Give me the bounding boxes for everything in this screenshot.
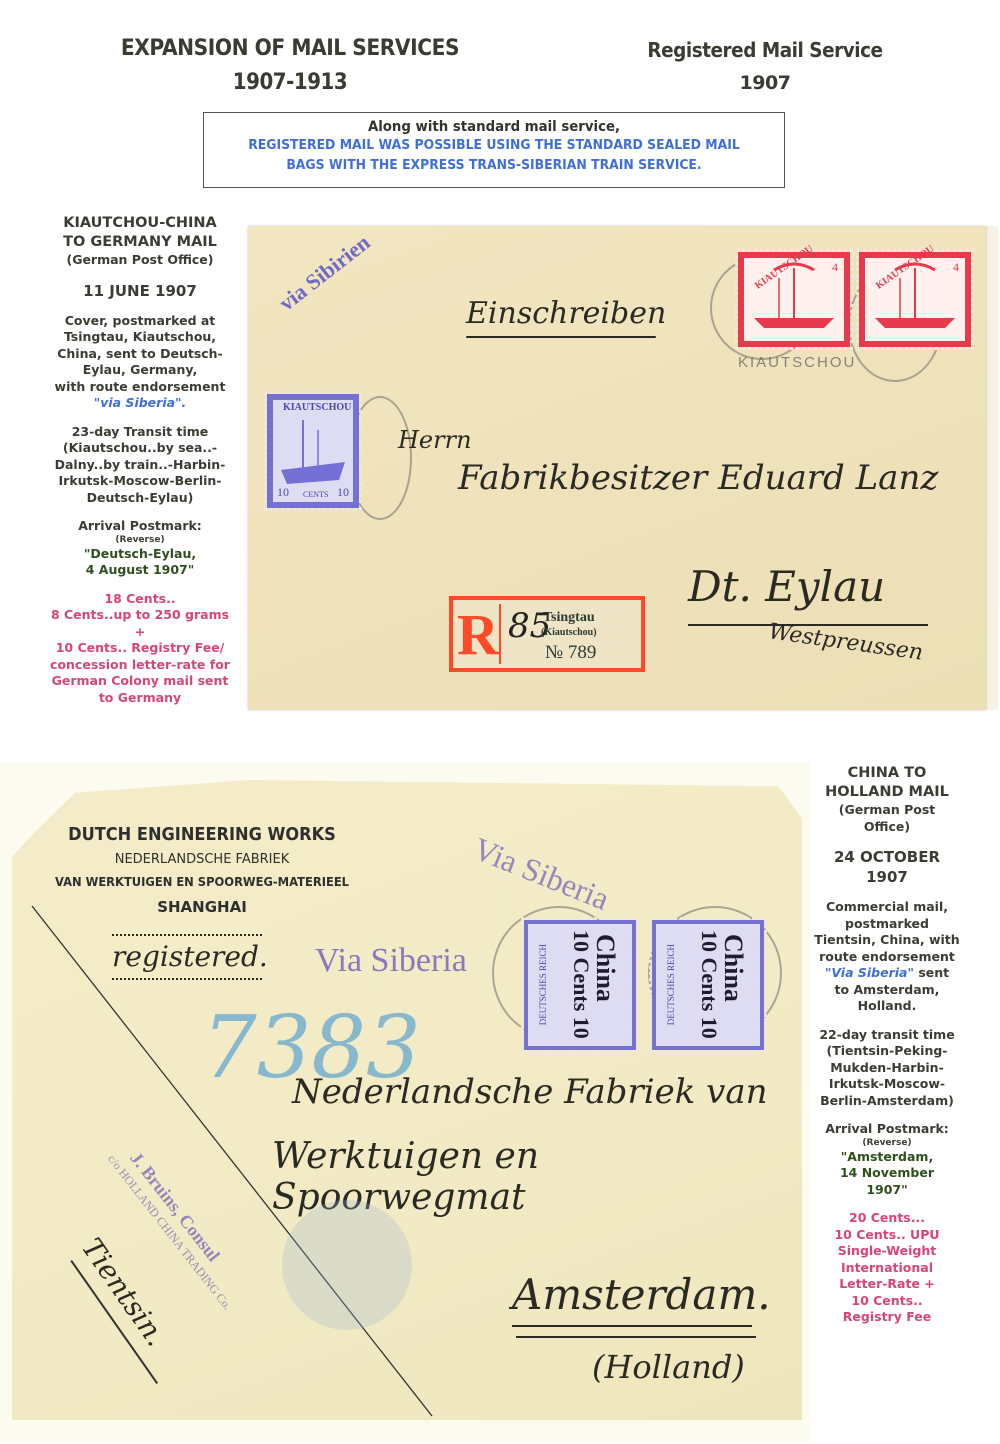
cover2-route-title-1: CHINA TO bbox=[812, 764, 962, 783]
cover2-arrival-side: (Reverse) bbox=[812, 1138, 962, 1149]
cover2-arrival-1: "Amsterdam, bbox=[812, 1149, 962, 1166]
cover2-description: CHINA TO HOLLAND MAIL (German Post Offic… bbox=[812, 764, 962, 1326]
china-overprint-stamp: DEUTSCHES REICH 10 Cents 10 China bbox=[524, 920, 636, 1050]
stamp-value: 4 bbox=[953, 260, 959, 275]
address-line-2: Fabrikbesitzer Eduard Lanz bbox=[458, 458, 938, 498]
underline bbox=[512, 1325, 752, 1327]
number-sign: № bbox=[545, 642, 563, 663]
cover2-office-2: Office) bbox=[812, 819, 962, 836]
cover2-transit-1: 22-day transit time bbox=[812, 1027, 962, 1044]
cover2-date-2: 1907 bbox=[812, 867, 962, 887]
letterhead-city: SHANGHAI bbox=[52, 898, 352, 916]
cover1-arrival-label: Arrival Postmark: bbox=[40, 518, 240, 535]
via-sibirien-handstamp: via Sibirien bbox=[274, 229, 375, 316]
faded-postmark bbox=[282, 1200, 412, 1330]
cover1-endorsement: "via Siberia". bbox=[40, 395, 240, 412]
registration-number: № 789 bbox=[545, 642, 596, 664]
cover1-date: 11 JUNE 1907 bbox=[40, 281, 240, 301]
cover2-route-title-2: HOLLAND MAIL bbox=[812, 783, 962, 802]
cover2-desc-3: Tientsin, China, with bbox=[812, 932, 962, 949]
cover2-rate-1: 20 Cents... bbox=[812, 1210, 962, 1227]
cover1-transit-4: Irkutsk-Moscow-Berlin- bbox=[40, 473, 240, 490]
letterhead-company: DUTCH ENGINEERING WORKS bbox=[67, 824, 337, 845]
stamp-value: 4 bbox=[832, 260, 838, 275]
cover1-rate-7: to Germany bbox=[40, 690, 240, 707]
cover1-description: KIAUTCHOU-CHINA TO GERMANY MAIL (German … bbox=[40, 214, 240, 706]
ship-icon bbox=[744, 258, 844, 341]
address-line-3: Dt. Eylau bbox=[688, 562, 885, 611]
cover1-transit-1: 23-day Transit time bbox=[40, 424, 240, 441]
stamp-overprint-country: China bbox=[718, 934, 748, 1002]
section-title: Registered Mail Service bbox=[632, 38, 899, 62]
cover1-rate-2: 8 Cents..up to 250 grams bbox=[40, 607, 240, 624]
cover2-desc-7: Holland. bbox=[812, 998, 962, 1015]
page-years: 1907-1913 bbox=[191, 70, 389, 95]
cover1-desc-2: Tsingtau, Kiautschou, bbox=[40, 329, 240, 346]
cover2-desc-endorsement-line: "Via Siberia" sent bbox=[812, 965, 962, 982]
address-line-1: Nederlandsche Fabriek van bbox=[292, 1072, 768, 1112]
kiautschou-10-cent-stamp: KIAUTSCHOU 10 CENTS 10 bbox=[267, 394, 359, 508]
stamp-country: KIAUTSCHOU bbox=[283, 402, 351, 413]
cover2-desc-4: route endorsement bbox=[812, 949, 962, 966]
underline bbox=[516, 1336, 756, 1338]
underline bbox=[466, 336, 656, 338]
china-overprint-stamp: DEUTSCHES REICH 10 Cents 10 China bbox=[652, 920, 764, 1050]
cover2-rate-7: Registry Fee bbox=[812, 1309, 962, 1326]
cover2-arrival-2: 14 November bbox=[812, 1165, 962, 1182]
cover2-arrival-label: Arrival Postmark: bbox=[812, 1121, 962, 1138]
intro-line-3: BAGS WITH THE EXPRESS TRANS-SIBERIAN TRA… bbox=[227, 155, 761, 175]
cover2-rate-5: Letter-Rate + bbox=[812, 1276, 962, 1293]
registration-region: (Kiautschou) bbox=[541, 627, 597, 638]
einschreiben-handwriting: Einschreiben bbox=[466, 296, 666, 331]
address-line-1: Herrn bbox=[398, 426, 472, 454]
cover1-rate-3: + bbox=[40, 624, 240, 641]
kiautschou-4-cent-stamp: KIAUTSCHOU 4 bbox=[738, 252, 850, 347]
section-year: 1907 bbox=[720, 72, 810, 94]
wavy-line bbox=[112, 978, 262, 980]
page-title: EXPANSION OF MAIL SERVICES bbox=[97, 36, 483, 61]
stamp-issue: DEUTSCHES REICH bbox=[666, 944, 676, 1025]
address-line-4: (Holland) bbox=[592, 1348, 745, 1386]
letterhead-line-2: NEDERLANDSCHE FABRIEK bbox=[52, 852, 352, 867]
stamp-value: 10 bbox=[277, 485, 289, 500]
registration-town: Tsingtau bbox=[543, 610, 595, 626]
cover2-rate-6: 10 Cents.. bbox=[812, 1293, 962, 1310]
stamp-value: 10 bbox=[337, 485, 349, 500]
via-siberia-handstamp: Via Siberia bbox=[315, 942, 467, 980]
cover1-rate-6: German Colony mail sent bbox=[40, 673, 240, 690]
cover1-transit-3: Dalny..by train..-Harbin- bbox=[40, 457, 240, 474]
cover1-transit-5: Deutsch-Eylau) bbox=[40, 490, 240, 507]
ship-icon bbox=[865, 258, 965, 341]
registration-label: R 85 Tsingtau (Kiautschou) № 789 bbox=[449, 596, 645, 672]
postmark-text: KIAUTSCHOU bbox=[738, 354, 856, 371]
cover2-date-1: 24 OCTOBER bbox=[812, 847, 962, 867]
cover2-desc-2: postmarked bbox=[812, 916, 962, 933]
intro-box: Along with standard mail service, REGIST… bbox=[203, 112, 785, 188]
address-line-4: Westpreussen bbox=[767, 619, 924, 665]
kiautschou-4-cent-stamp: KIAUTSCHOU 4 bbox=[859, 252, 971, 347]
address-line-3: Amsterdam. bbox=[512, 1270, 771, 1319]
cover1-desc-4: Eylau, Germany, bbox=[40, 362, 240, 379]
registered-handwriting: registered. bbox=[112, 940, 268, 973]
wavy-line bbox=[112, 934, 262, 936]
cover1-arrival-2: 4 August 1907" bbox=[40, 562, 240, 579]
intro-line-1: Along with standard mail service, bbox=[219, 119, 770, 135]
stamp-overprint-country: China bbox=[590, 934, 620, 1002]
cover2-desc-1: Commercial mail, bbox=[812, 899, 962, 916]
cover1-arrival-side: (Reverse) bbox=[40, 535, 240, 546]
cover1-office: (German Post Office) bbox=[40, 252, 240, 269]
cover2-transit-2: (Tientsin-Peking- bbox=[812, 1043, 962, 1060]
cover2-desc-5: sent bbox=[914, 965, 949, 980]
cover2-envelope: DUTCH ENGINEERING WORKS NEDERLANDSCHE FA… bbox=[12, 780, 802, 1420]
cover1-route-title-2: TO GERMANY MAIL bbox=[40, 233, 240, 252]
intro-line-2: REGISTERED MAIL WAS POSSIBLE USING THE S… bbox=[227, 135, 761, 155]
cover1-rate-4: 10 Cents.. Registry Fee/ bbox=[40, 640, 240, 657]
stamp-unit: CENTS bbox=[303, 490, 328, 499]
letterhead-line-3: VAN WERKTUIGEN EN SPOORWEG-MATERIEEL bbox=[46, 874, 359, 889]
cover2-desc-6: to Amsterdam, bbox=[812, 982, 962, 999]
cover2-arrival-3: 1907" bbox=[812, 1182, 962, 1199]
cover1-route-title-1: KIAUTCHOU-CHINA bbox=[40, 214, 240, 233]
cover2-office-1: (German Post bbox=[812, 802, 962, 819]
cover2-endorsement: "Via Siberia" bbox=[825, 965, 914, 980]
cover2-rate-4: International bbox=[812, 1260, 962, 1277]
cover1-rate-1: 18 Cents.. bbox=[40, 591, 240, 608]
stamp-issue: DEUTSCHES REICH bbox=[538, 944, 548, 1025]
cover1-transit-2: (Kiautschou..by sea..- bbox=[40, 440, 240, 457]
number-value: 789 bbox=[568, 642, 597, 663]
cover1-rate-5: concession letter-rate for bbox=[40, 657, 240, 674]
cover1-arrival-1: "Deutsch-Eylau, bbox=[40, 546, 240, 563]
cover2-rate-3: Single-Weight bbox=[812, 1243, 962, 1260]
cover2-rate-2: 10 Cents.. UPU bbox=[812, 1227, 962, 1244]
cover2-transit-3: Mukden-Harbin- bbox=[812, 1060, 962, 1077]
cover1-desc-3: China, sent to Deutsch- bbox=[40, 346, 240, 363]
cover2-transit-5: Berlin-Amsterdam) bbox=[812, 1093, 962, 1110]
cover1-envelope: via Sibirien Einschreiben KIAUTSCHOU KIA… bbox=[248, 226, 986, 710]
cover1-desc-1: Cover, postmarked at bbox=[40, 313, 240, 330]
registration-letter: R bbox=[457, 604, 501, 664]
cover1-desc-5: with route endorsement bbox=[40, 379, 240, 396]
cover2-transit-4: Irkutsk-Moscow- bbox=[812, 1076, 962, 1093]
cover1-page-edge bbox=[986, 226, 998, 710]
